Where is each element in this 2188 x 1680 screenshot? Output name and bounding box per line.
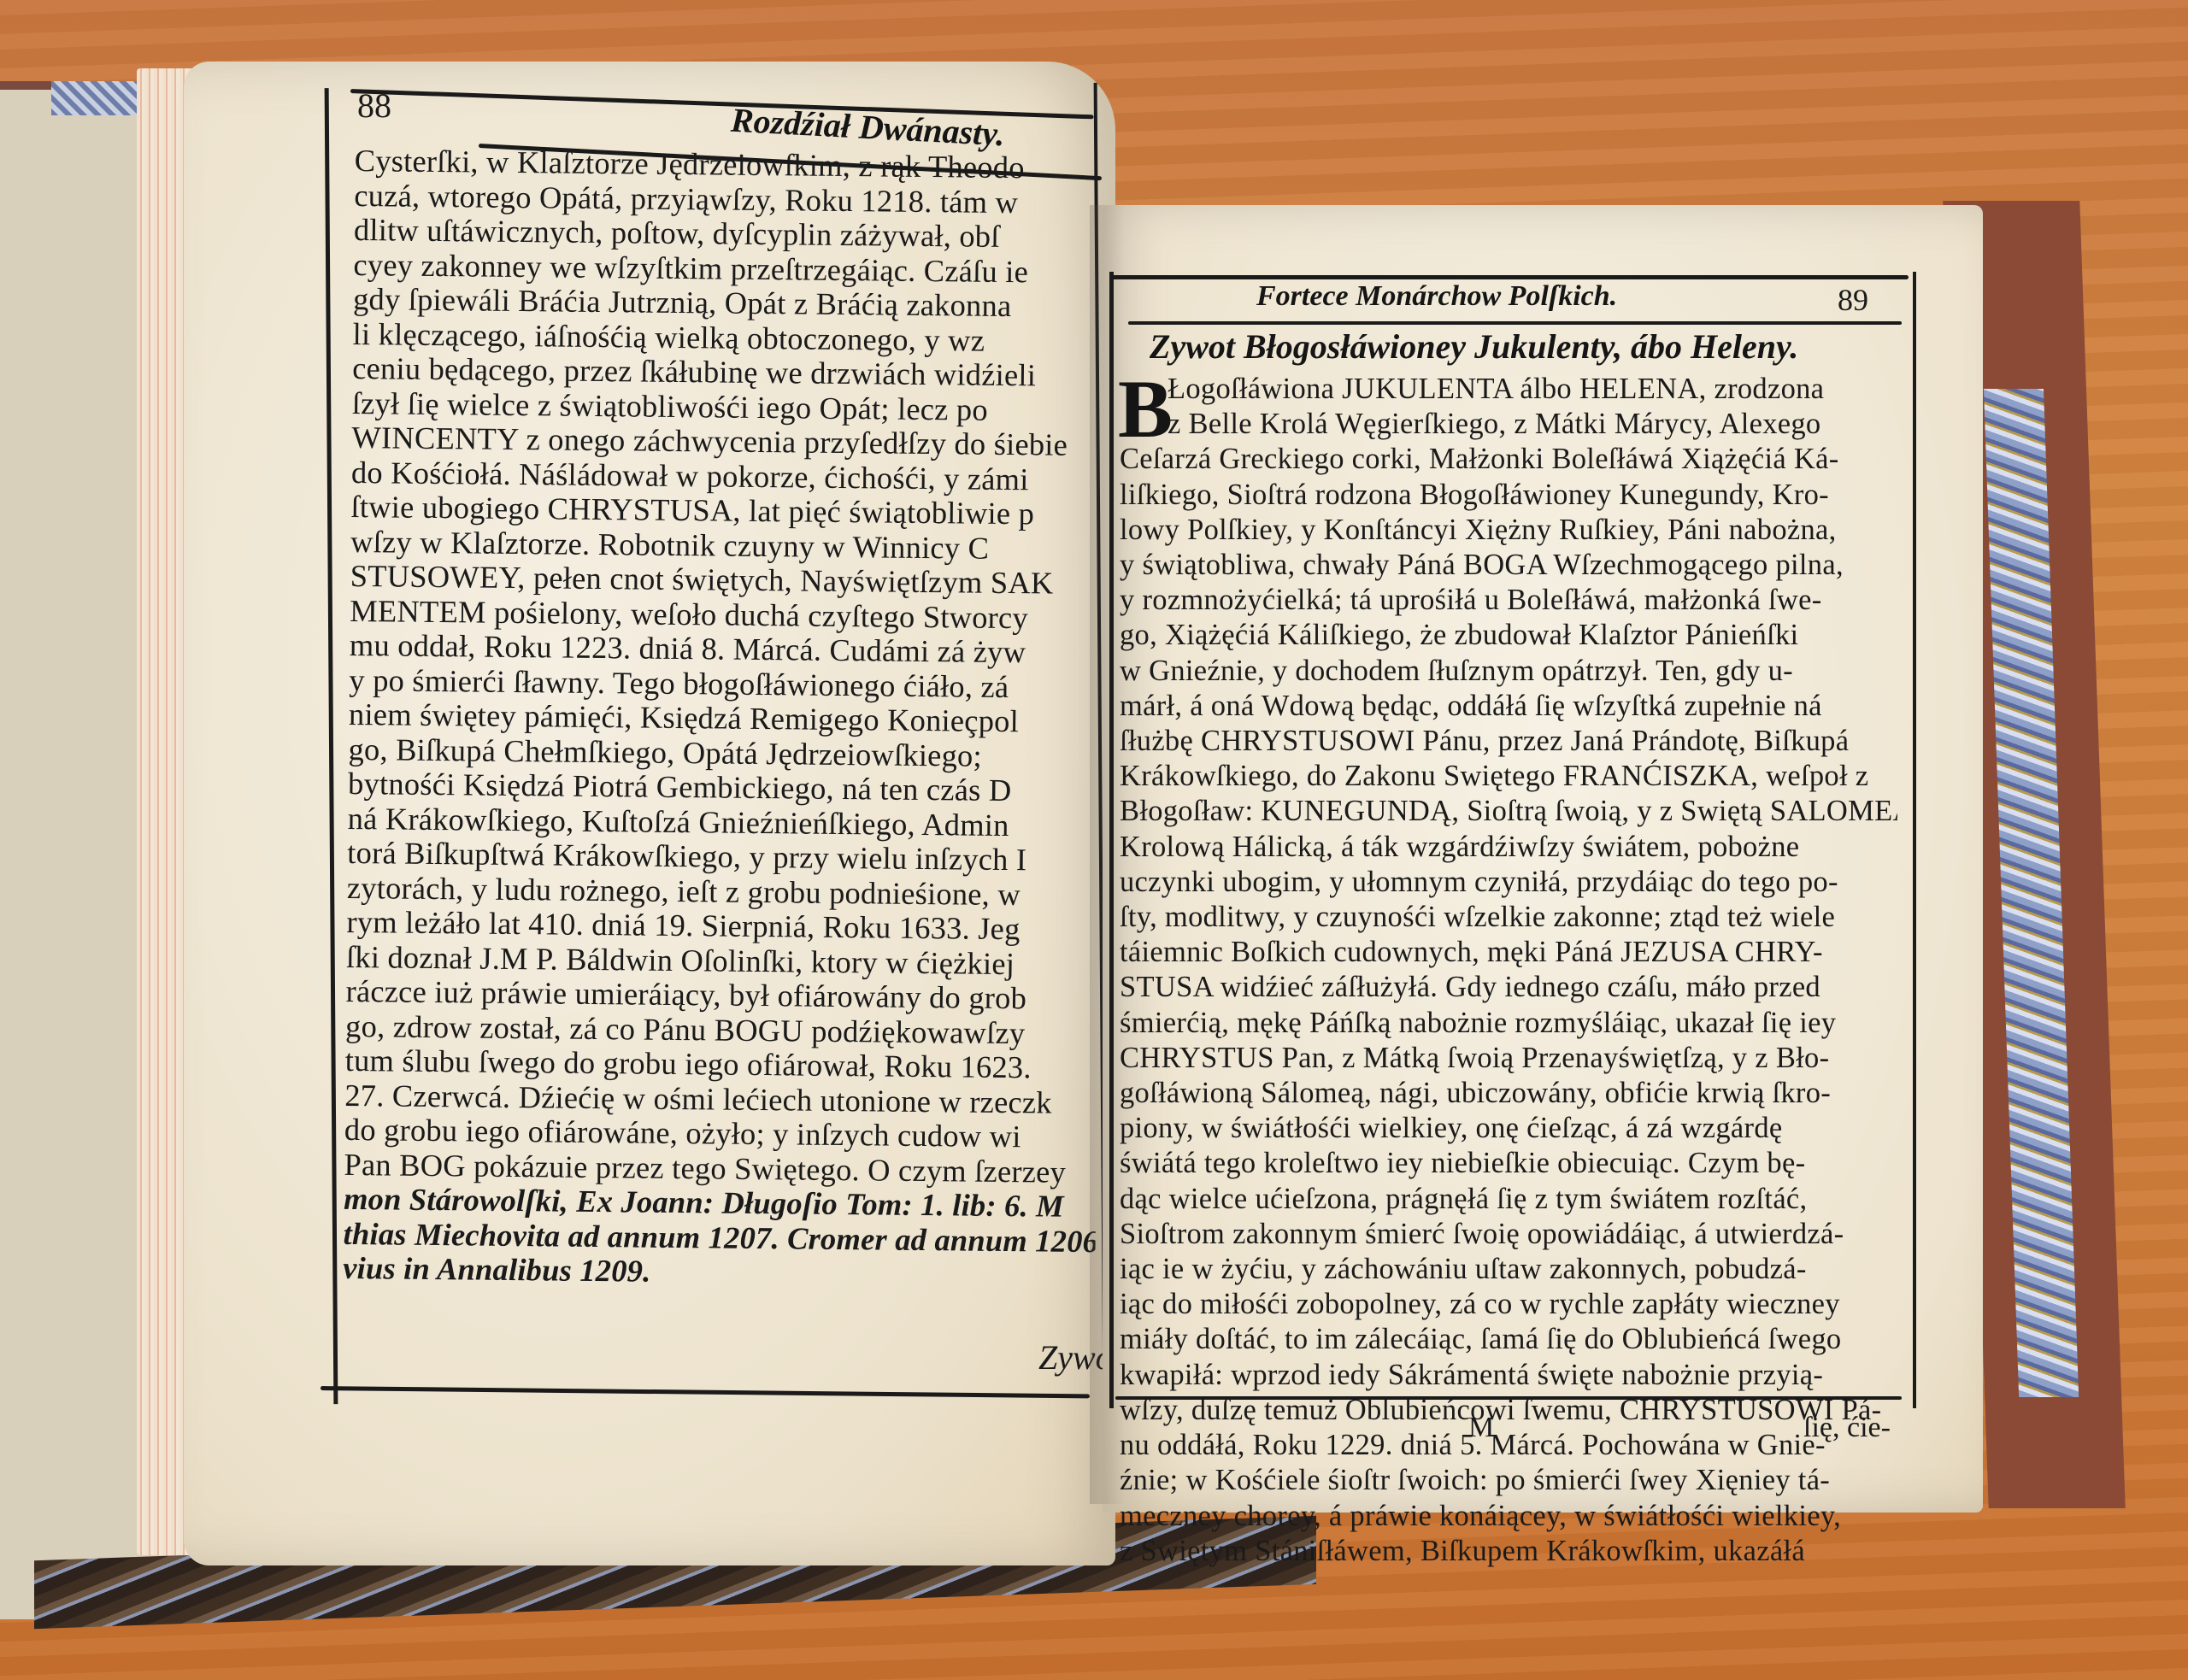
text-line: miáły doſtáć, to im zálecáiąc, ſamá ſię … xyxy=(1120,1322,1897,1357)
text-line: CHRYSTUS Pan, z Mátką ſwoią Przenayświęt… xyxy=(1120,1041,1897,1076)
text-line: liſkiego, Sioſtrá rodzona Błogoſłáwioney… xyxy=(1120,478,1897,513)
right-page-body: Łogoſłáwiona JUKULENTA álbo HELENA, zrod… xyxy=(1120,372,1897,1569)
text-line: y rozmnożyćielká; tá uprośiłá u Boleſłáw… xyxy=(1120,583,1897,618)
text-line: iąc do miłośći zobopolney, zá co w rychl… xyxy=(1120,1287,1897,1322)
text-line: kwapiłá: wprzod iedy Sákrámentá święte n… xyxy=(1120,1358,1897,1393)
signature-mark: M xyxy=(1468,1412,1494,1444)
text-line: táiemnic Boſkich cudownych, męki Páná JE… xyxy=(1120,935,1897,970)
text-line: STUSA widźieć záſłużyłá. Gdy iednego czá… xyxy=(1120,970,1897,1005)
text-line: Sioſtrom zakonnym śmierć ſwoię opowiádái… xyxy=(1120,1217,1897,1252)
text-line: meczney chorey, á práwie konáiącey, w św… xyxy=(1120,1499,1897,1534)
text-line: Błogoſław: KUNEGUNDĄ, Sioſtrą ſwoią, y z… xyxy=(1120,794,1897,829)
text-line: Łogoſłáwiona JUKULENTA álbo HELENA, zrod… xyxy=(1120,372,1897,407)
text-line: nu oddáłá, Roku 1229. dniá 5. Márcá. Poc… xyxy=(1120,1428,1897,1463)
text-line: Krákowſkiego, do Zakonu Swiętego FRANĆIS… xyxy=(1120,759,1897,794)
header-rule-top xyxy=(1109,275,1909,279)
text-line: w Gnieźnie, y dochodem ſłuſznym opátrzył… xyxy=(1120,654,1897,689)
text-line: z Swiętym Stániſłáwem, Biſkupem Krákowſk… xyxy=(1120,1534,1897,1569)
marbled-endpaper xyxy=(1984,389,2079,1397)
text-line: ſty, modlitwy, y czuynośći wſzelkie zako… xyxy=(1120,900,1897,935)
text-line: z Belle Krolá Węgierſkiego, z Mátki Máry… xyxy=(1120,407,1897,442)
chapter-title: Zywot Błogosłáwioney Jukulenty, ábo Hele… xyxy=(1150,326,1798,367)
footer-rule xyxy=(1115,1396,1902,1400)
text-line: goſłáwioną Sálomeą, nági, ubiczowány, ob… xyxy=(1120,1076,1897,1111)
text-line: go, Xiążęćiá Káliſkiego, że zbudował Kla… xyxy=(1120,618,1897,653)
text-line: lowy Polſkiey, y Konſtáncyi Xiężny Ruſki… xyxy=(1120,513,1897,548)
text-line: márł, á oná Wdową będąc, oddáłá ſię wſzy… xyxy=(1120,689,1897,724)
left-page-body: Cysterſki, w Klaſztorze Jędrzeiowſkim, z… xyxy=(343,144,1107,1294)
header-rule-bottom xyxy=(1128,321,1902,325)
text-line: uczynki ubogim, y ułomnym czyniłá, przyd… xyxy=(1120,865,1897,900)
text-line: źnie; w Kośćiele śioſtr ſwoich: po śmier… xyxy=(1120,1463,1897,1498)
text-line: piony, w świátłośći wielkiey, onę ćieſzą… xyxy=(1120,1111,1897,1146)
text-line: iąc ie w żyćiu, y záchowániu uſtaw zakon… xyxy=(1120,1252,1897,1287)
text-line: śmierćią, mękę Páńſką nabożnie rozmyślái… xyxy=(1120,1006,1897,1041)
right-running-head: Fortece Monárchow Polſkich. xyxy=(1256,280,1617,313)
text-line: ſłużbę CHRYSTUSOWI Pánu, przez Janá Prán… xyxy=(1120,724,1897,759)
right-page-number: 89 xyxy=(1838,282,1868,318)
right-catchword: ſię, ćie- xyxy=(1803,1412,1891,1444)
text-line: dąc wielce ućieſzona, prágnęłá ſię z tym… xyxy=(1120,1182,1897,1217)
marbled-endpaper xyxy=(51,81,145,115)
text-line: Ceſarzá Greckiego corki, Małżonki Boleſł… xyxy=(1120,442,1897,477)
text-line: świátá tego kroleſtwo iey niebieſkie obi… xyxy=(1120,1146,1897,1181)
text-line: Krolową Hálicką, á ták wzgárdźiwſzy świá… xyxy=(1120,830,1897,865)
text-line: y świątobliwa, chwały Páná BOGA Wſzechmo… xyxy=(1120,548,1897,583)
left-page-number: 88 xyxy=(357,85,391,126)
